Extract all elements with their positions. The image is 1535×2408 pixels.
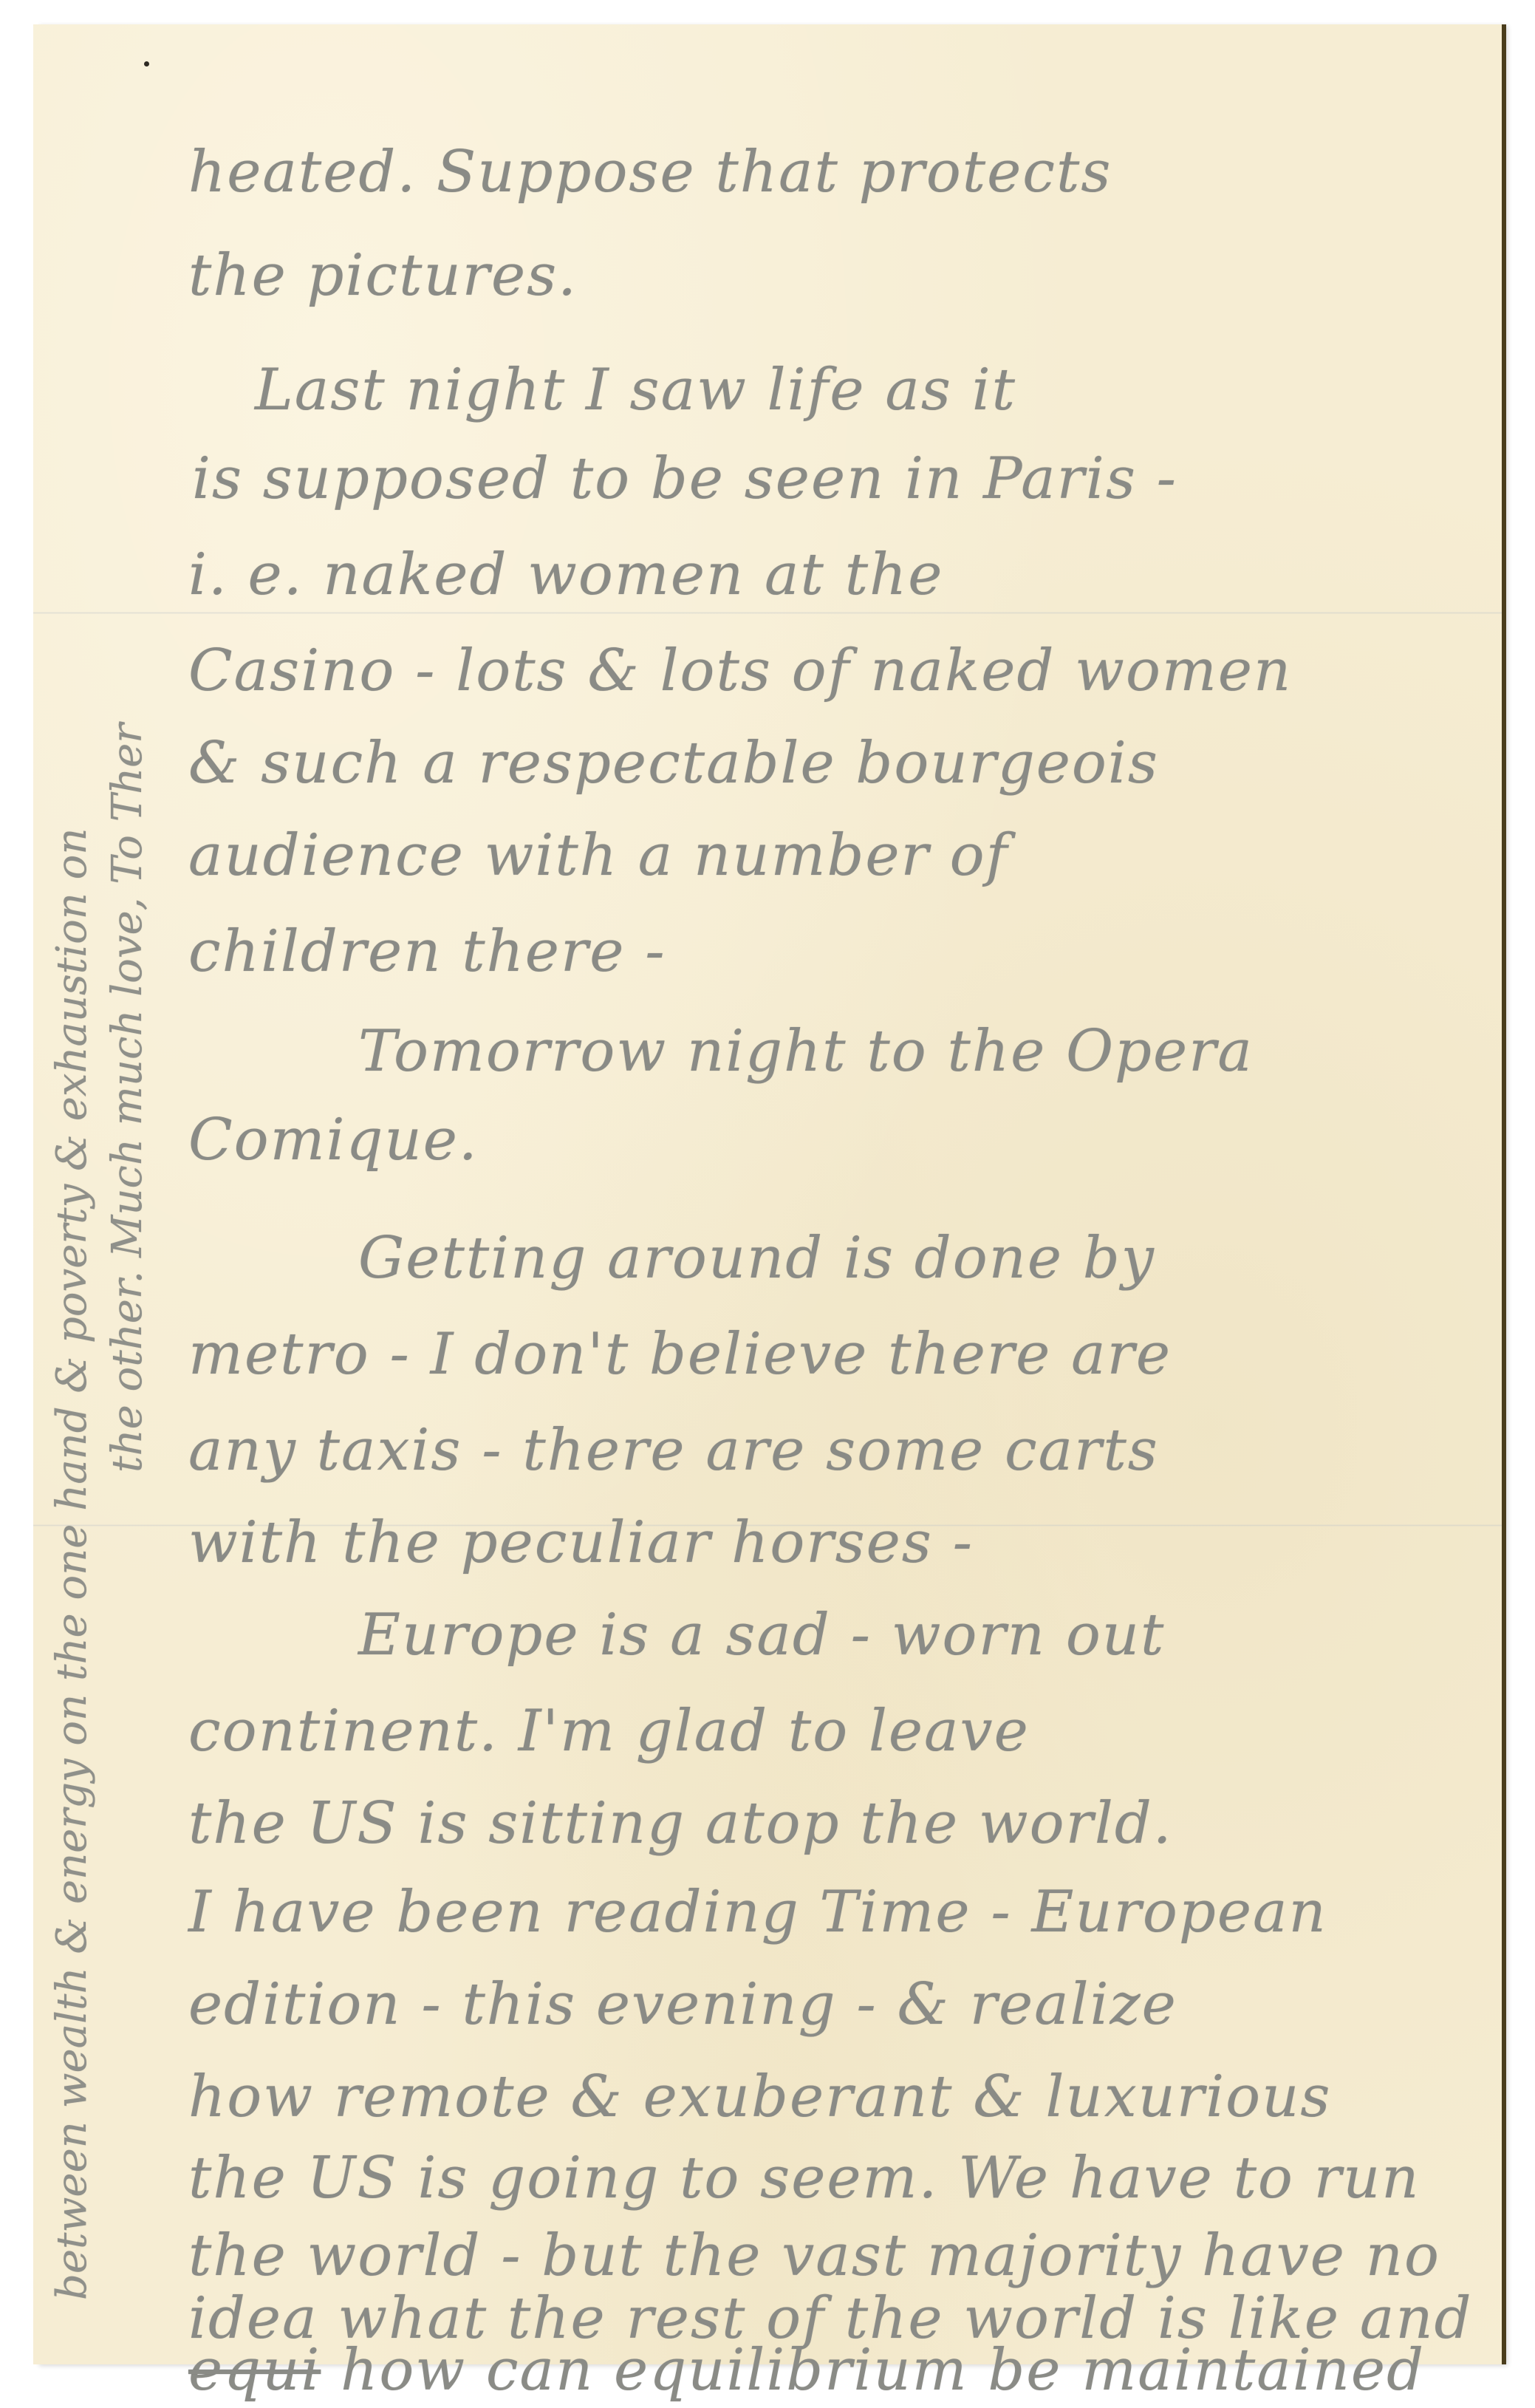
letter-line-last: equi how can equilibrium be maintained — [188, 2337, 1425, 2404]
letter-line: the US is going to seem. We have to run — [188, 2145, 1420, 2211]
letter-line: Europe is a sad - worn out — [358, 1602, 1165, 1668]
letter-line: continent. I'm glad to leave — [188, 1698, 1030, 1764]
margin-note-column-2: the other. Much much love, To Ther — [103, 0, 151, 1473]
letter-line: Last night I saw life as it — [255, 357, 1016, 423]
letter-line: the world - but the vast majority have n… — [188, 2223, 1440, 2289]
letter-page: heated. Suppose that protects the pictur… — [33, 24, 1502, 2364]
fold-crease — [33, 612, 1502, 614]
letter-line: with the peculiar horses - — [188, 1510, 974, 1576]
letter-line: heated. Suppose that protects — [188, 139, 1112, 205]
letter-line: audience with a number of — [188, 822, 1008, 889]
letter-line: & such a respectable bourgeois — [188, 730, 1159, 797]
letter-line: any taxis - there are some carts — [188, 1417, 1159, 1484]
margin-note-column-1: between wealth & energy on the one hand … — [48, 83, 96, 2300]
letter-line: Casino - lots & lots of naked women — [188, 638, 1292, 704]
letter-line: the US is sitting atop the world. — [188, 1790, 1173, 1857]
letter-line: children there - — [188, 918, 666, 985]
letter-line: the pictures. — [188, 242, 578, 309]
letter-line: Comique. — [188, 1107, 479, 1173]
letter-line: Getting around is done by — [358, 1225, 1155, 1292]
letter-line: metro - I don't believe there are — [188, 1321, 1172, 1388]
letter-line: i. e. naked women at the — [188, 542, 943, 608]
strikethrough-word: equi — [188, 2337, 321, 2404]
letter-line-text: how can equilibrium be maintained — [341, 2337, 1425, 2404]
letter-line: I have been reading Time - European — [188, 1879, 1327, 1945]
letter-line: how remote & exuberant & luxurious — [188, 2064, 1331, 2130]
letter-line: Tomorrow night to the Opera — [358, 1018, 1254, 1085]
letter-line: edition - this evening - & realize — [188, 1971, 1177, 2038]
letter-line: is supposed to be seen in Paris - — [192, 446, 1177, 512]
